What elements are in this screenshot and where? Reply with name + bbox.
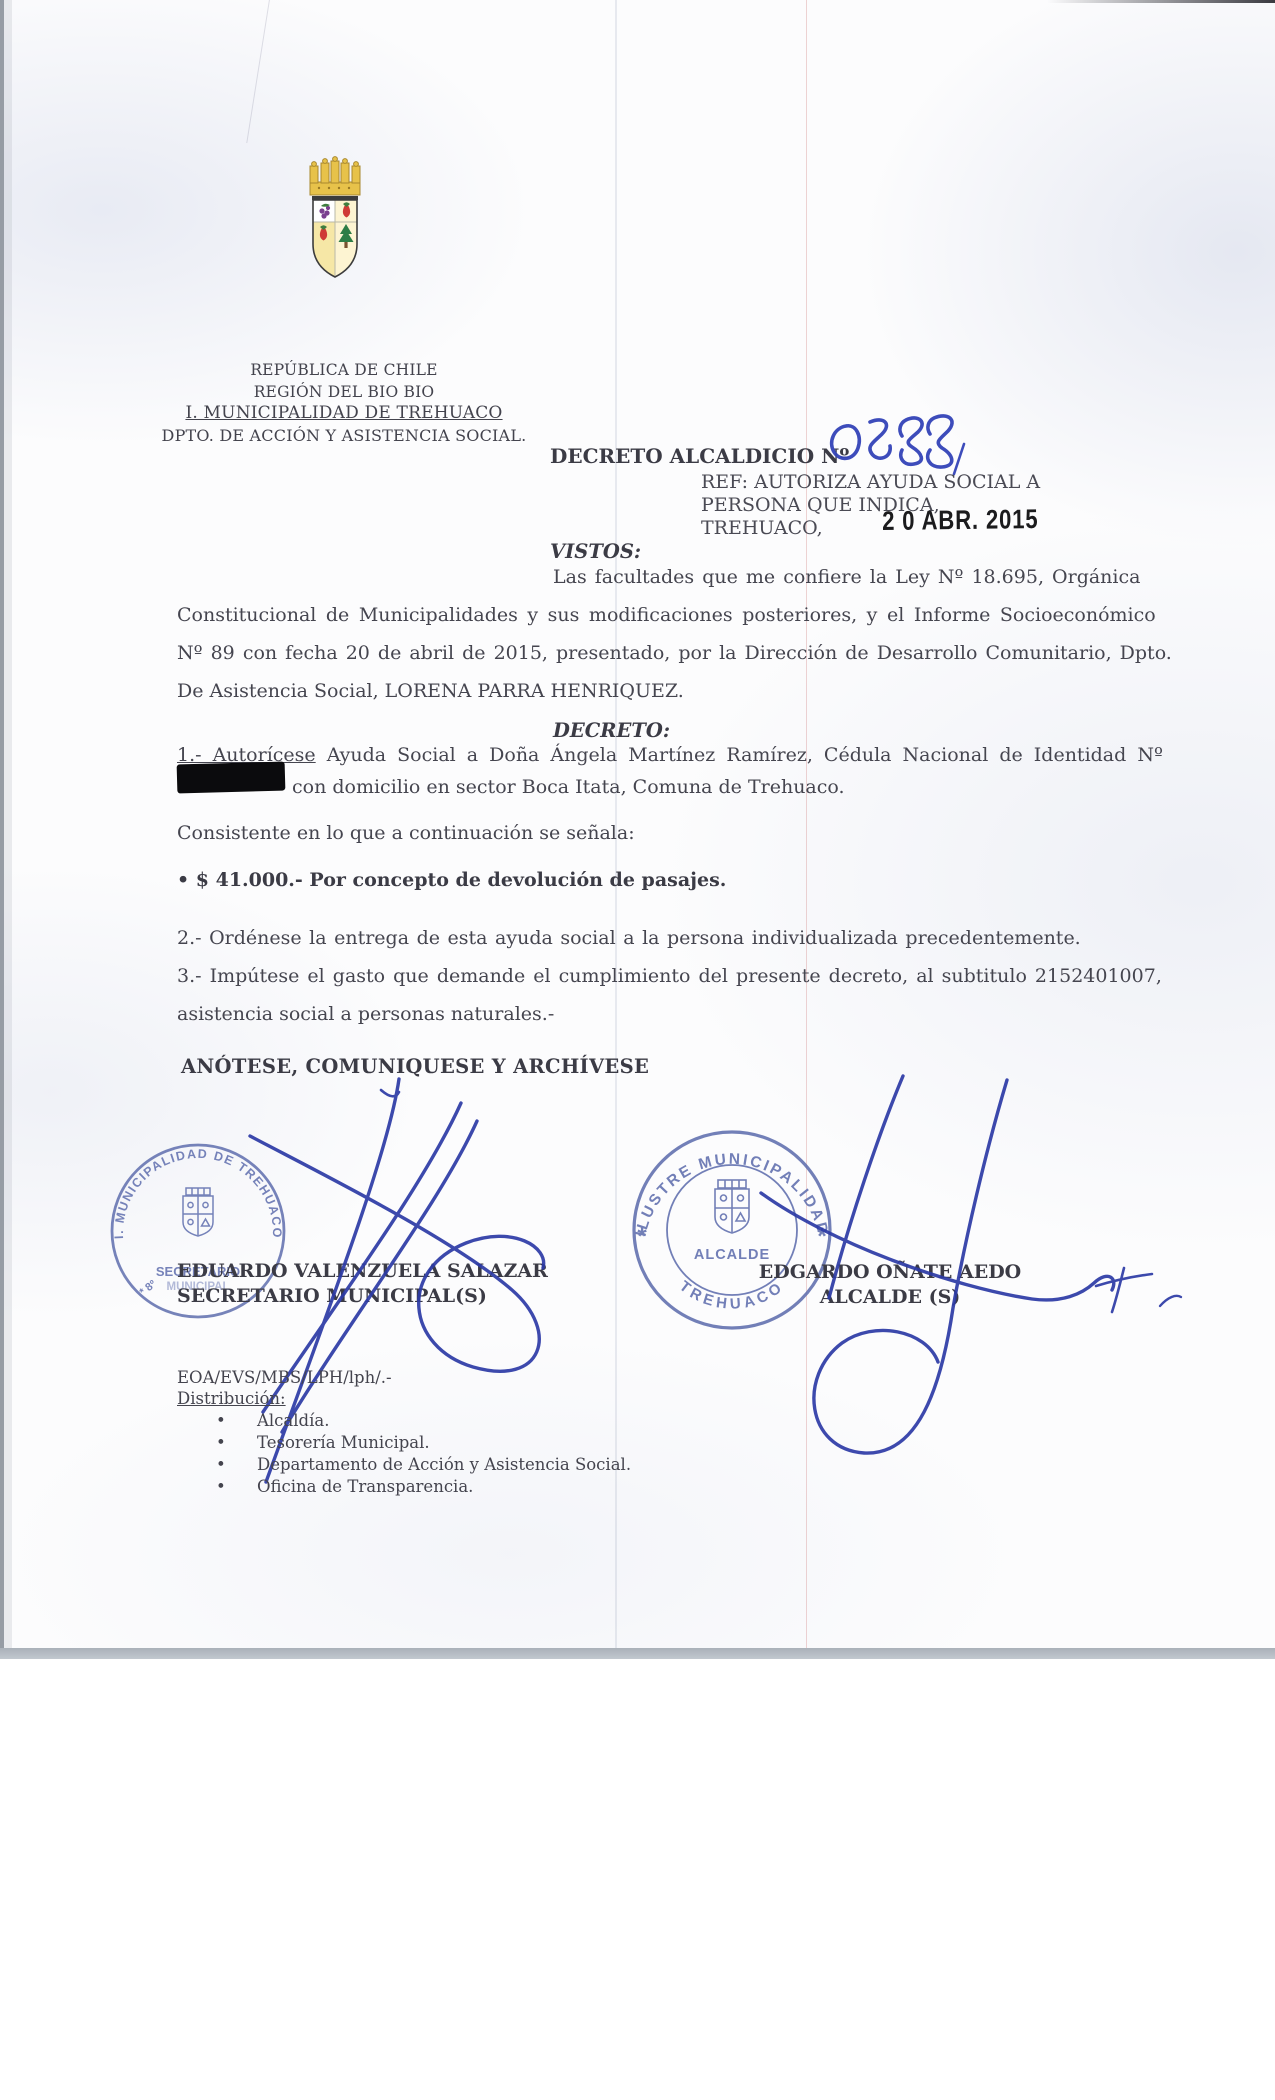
drafting-initials: EOA/EVS/MBS/LPH/lph/.- xyxy=(177,1368,392,1387)
vistos-line-3: Nº 89 con fecha 20 de abril de 2015, pre… xyxy=(177,642,1172,664)
distribution-label: Distribución: xyxy=(177,1389,286,1408)
bullet-icon: • xyxy=(216,1411,226,1430)
scan-left-edge-soft-shadow xyxy=(4,0,12,1655)
decreto-label: DECRETO: xyxy=(553,719,670,742)
redacted-id-number xyxy=(177,761,286,793)
letterhead-region: REGIÓN DEL BIO BIO xyxy=(160,382,528,404)
scanner-background xyxy=(0,1659,1275,2100)
bullet-icon: • xyxy=(216,1433,226,1452)
item3-line-2: asistencia social a personas naturales.- xyxy=(177,1003,554,1025)
distribution-item: • Departamento de Acción y Asistencia So… xyxy=(216,1455,631,1474)
date-received-stamp: 2 0 ABR. 2015 xyxy=(882,504,1039,537)
decree-title: DECRETO ALCALDICIO Nº xyxy=(550,444,849,468)
diagonal-crease xyxy=(246,0,270,143)
bullet-icon: • xyxy=(216,1477,226,1496)
distribution-item-label: Alcaldía. xyxy=(257,1411,329,1430)
letterhead-department: DPTO. DE ACCIÓN Y ASISTENCIA SOCIAL. xyxy=(160,425,528,447)
distribution-item-label: Tesorería Municipal. xyxy=(257,1433,430,1452)
distribution-item: • Oficina de Transparencia. xyxy=(216,1477,473,1496)
consistente-line: Consistente en lo que a continuación se … xyxy=(177,822,635,844)
vistos-line-4: De Asistencia Social, LORENA PARRA HENRI… xyxy=(177,680,684,702)
distribution-item-label: Departamento de Acción y Asistencia Soci… xyxy=(257,1455,631,1474)
letterhead: REPÚBLICA DE CHILE REGIÓN DEL BIO BIO I.… xyxy=(160,360,528,446)
amount-bullet-line: • $ 41.000.- Por concepto de devolución … xyxy=(177,869,726,891)
handwritten-signatures xyxy=(200,1055,1200,1495)
vistos-label: VISTOS: xyxy=(550,540,641,563)
letterhead-country: REPÚBLICA DE CHILE xyxy=(160,360,528,382)
letterhead-municipality: I. MUNICIPALIDAD DE TREHUACO xyxy=(160,403,528,425)
page-bottom-fold-shadow xyxy=(0,1648,1275,1659)
vistos-line-2: Constitucional de Municipalidades y sus … xyxy=(177,604,1156,626)
item3-line-1: 3.- Impútese el gasto que demande el cum… xyxy=(177,965,1162,987)
scanned-decree-page: REPÚBLICA DE CHILE REGIÓN DEL BIO BIO I.… xyxy=(0,0,1275,2100)
municipal-coat-of-arms xyxy=(297,154,373,286)
ref-line-1: REF: AUTORIZA AYUDA SOCIAL A xyxy=(701,471,1040,494)
item1-line-1-rest: Ayuda Social a Doña Ángela Martínez Ramí… xyxy=(316,744,1163,766)
distribution-item: • Alcaldía. xyxy=(216,1411,329,1430)
item2-line: 2.- Ordénese la entrega de esta ayuda so… xyxy=(177,927,1081,949)
vistos-line-1: Las facultades que me confiere la Ley Nº… xyxy=(553,566,1140,588)
scan-top-right-edge-shadow xyxy=(1047,0,1275,3)
item1-line-2: con domicilio en sector Boca Itata, Comu… xyxy=(292,776,845,798)
distribution-item-label: Oficina de Transparencia. xyxy=(257,1477,473,1496)
distribution-item: • Tesorería Municipal. xyxy=(216,1433,430,1452)
item1-line-1: 1.- Autorícese Ayuda Social a Doña Ángel… xyxy=(177,744,1163,766)
bullet-icon: • xyxy=(216,1455,226,1474)
